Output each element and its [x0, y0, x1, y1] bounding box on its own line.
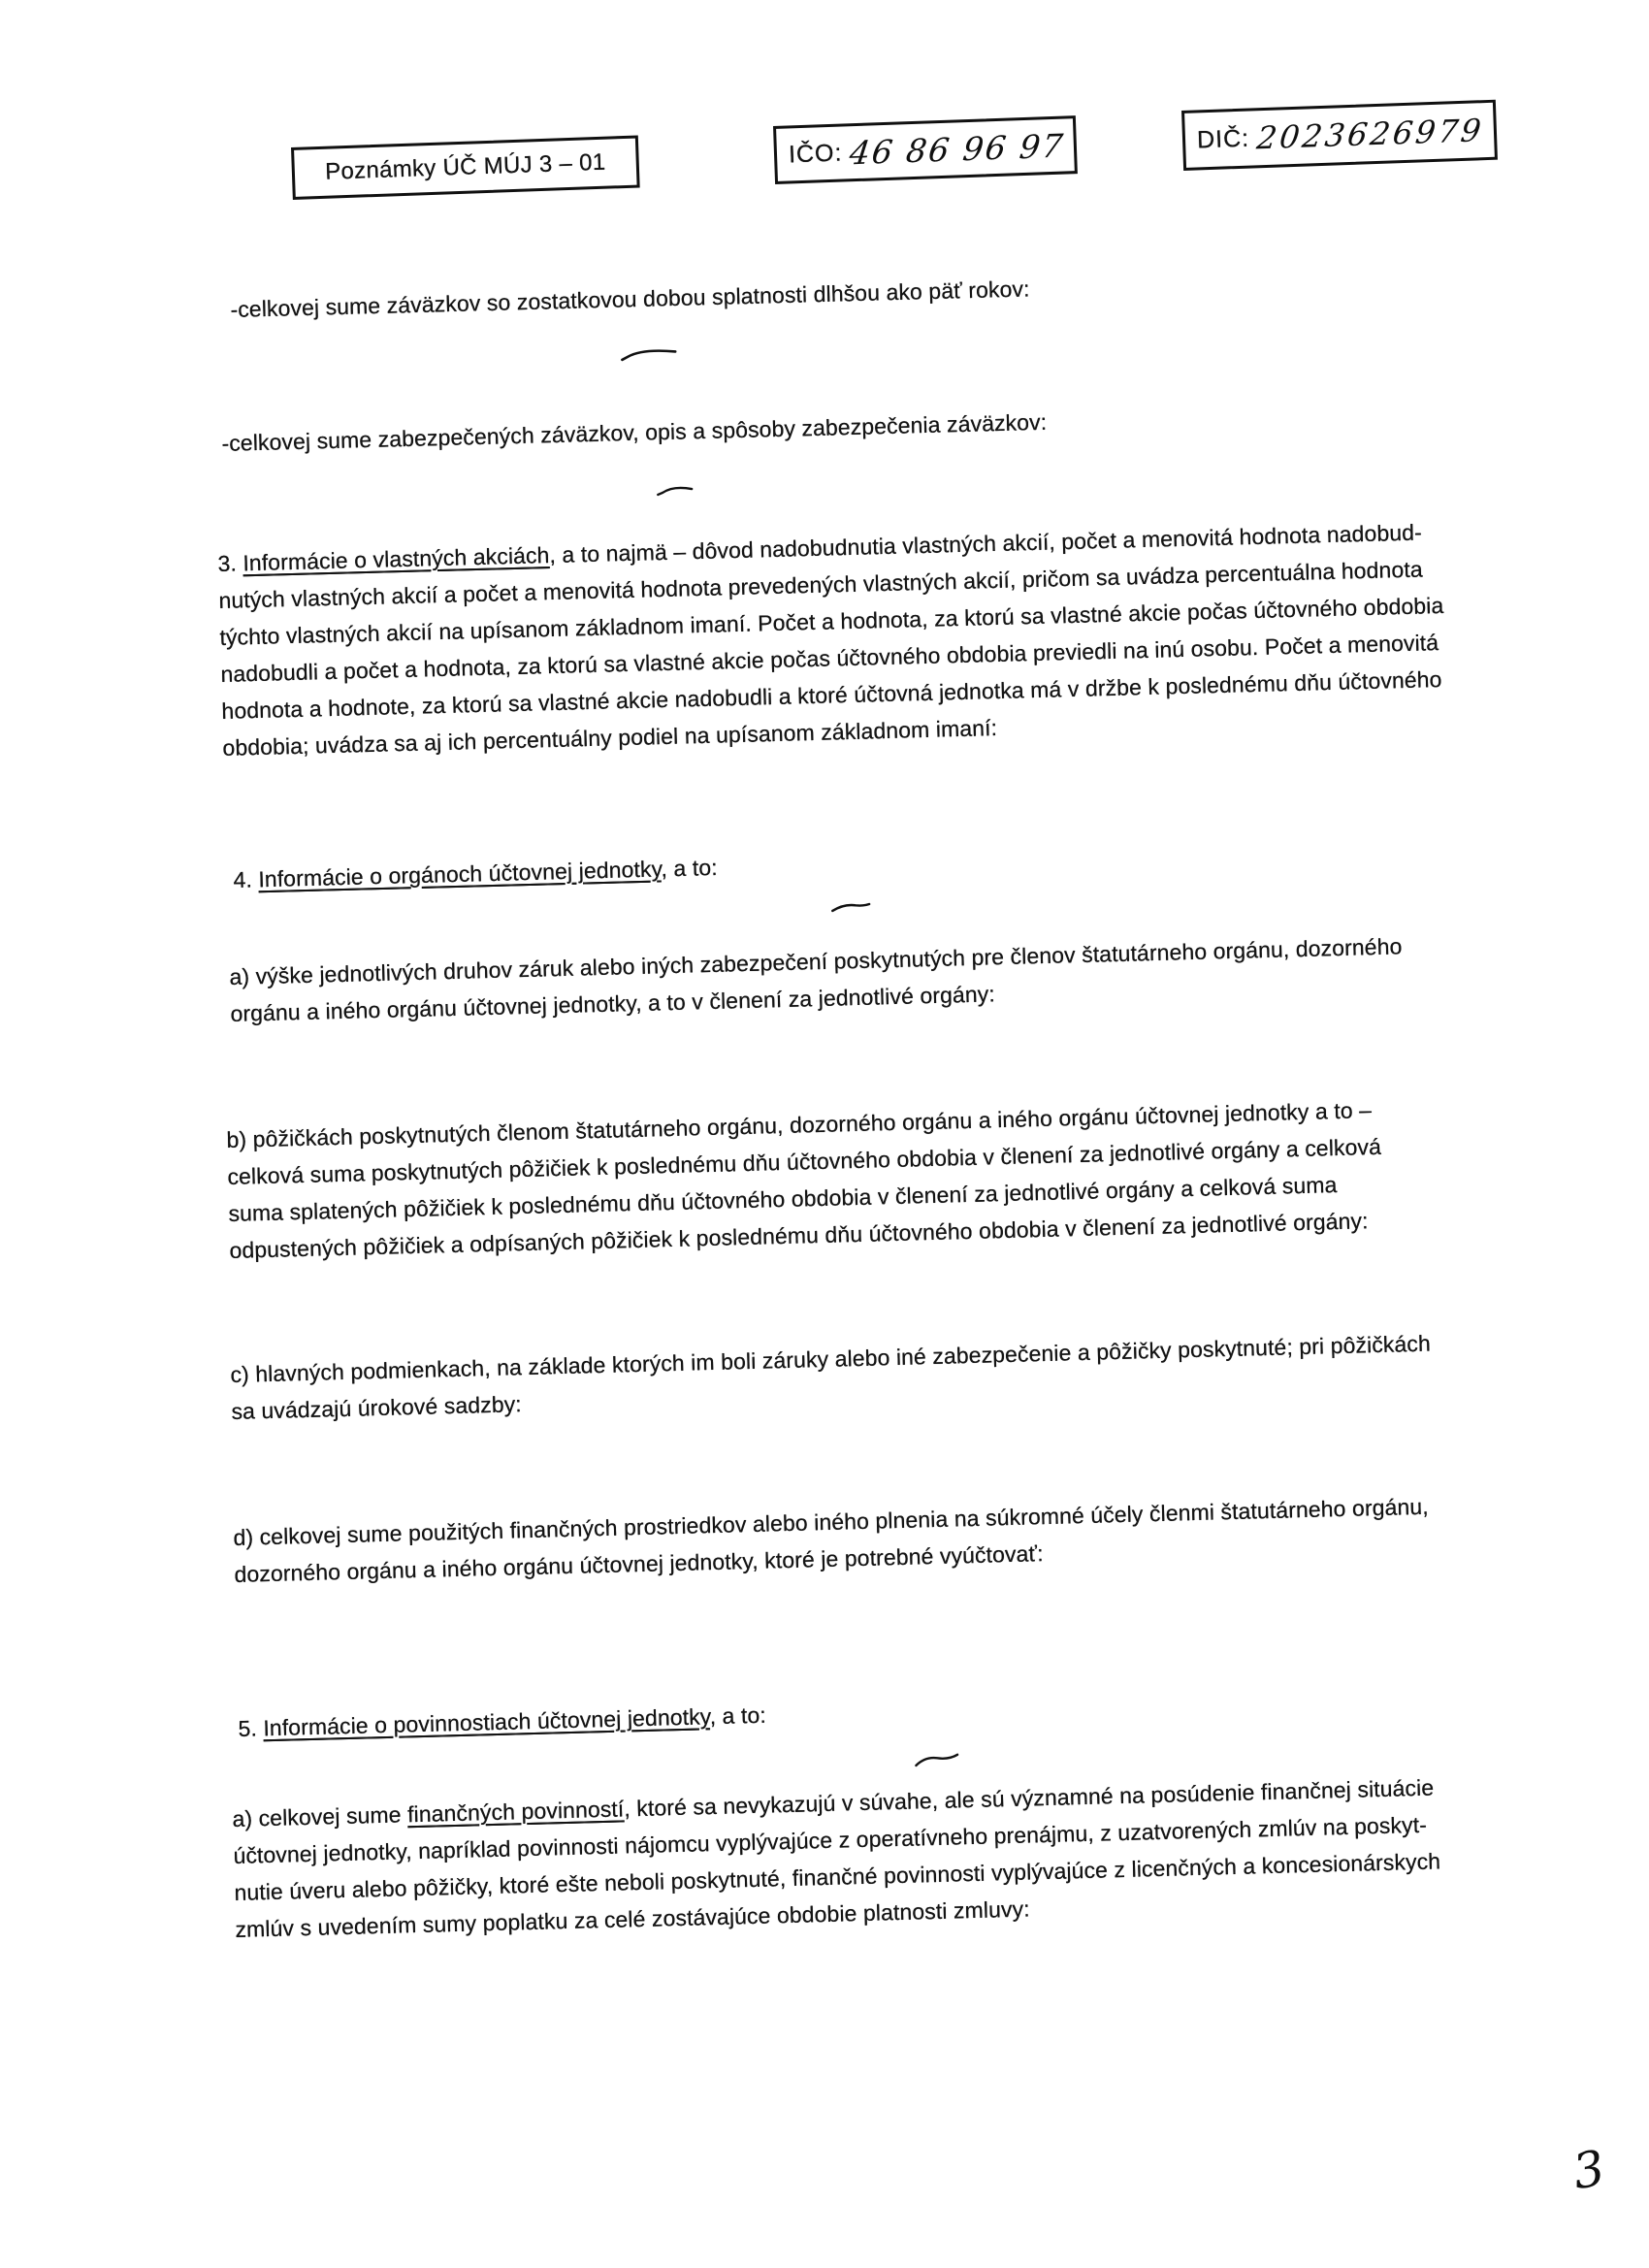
section5-title: Informácie o povinnostiach účtovnej jedn…: [263, 1703, 710, 1740]
section4-number: 4.: [233, 866, 259, 892]
section5-heading: 5. Informácie o povinnostiach účtovnej j…: [238, 1697, 766, 1747]
form-code-box: Poznámky ÚČ MÚJ 3 – 01: [291, 136, 640, 200]
bullet-liabilities-maturity: -celkovej sume záväzkov so zostatkovou d…: [230, 270, 1030, 328]
section4-heading-rest: , a to:: [661, 855, 718, 882]
section4-title: Informácie o orgánoch účtovnej jednotky: [258, 856, 662, 891]
section4-item-c: c) hlavných podmienkach, na základe ktor…: [230, 1325, 1432, 1430]
handwritten-dash-icon: [656, 482, 695, 499]
section4-item-a: a) výške jednotlivých druhov záruk alebo…: [229, 927, 1404, 1032]
section5-item-a: a) celkovej sume finančných povinností, …: [232, 1768, 1442, 1948]
section5-heading-rest: , a to:: [709, 1702, 766, 1730]
section4-heading: 4. Informácie o orgánoch účtovnej jednot…: [233, 849, 718, 898]
dic-box: DIČ: 2023626979: [1181, 100, 1498, 171]
scanned-document-page: Poznámky ÚČ MÚJ 3 – 01 IČO: 46 86 96 97 …: [0, 0, 1649, 2268]
section5-item-a-underlined: finančných povinností: [407, 1796, 625, 1827]
bullet-secured-liabilities: -celkovej sume zabezpečených záväzkov, o…: [221, 404, 1048, 462]
section4-item-d: d) celkovej sume použitých finančných pr…: [233, 1488, 1430, 1593]
ico-handwritten-value: 46 86 96 97: [848, 126, 1067, 172]
section3-number: 3.: [217, 550, 243, 576]
ico-label: IČO:: [789, 139, 843, 169]
section5-number: 5.: [238, 1715, 264, 1741]
handwritten-dash-icon: [619, 343, 680, 365]
handwritten-page-number: 3: [1568, 2140, 1608, 2201]
dic-label: DIČ:: [1197, 124, 1250, 154]
dic-handwritten-value: 2023626979: [1255, 112, 1486, 156]
section3-own-shares-paragraph: 3. Informácie o vlastných akciách, a to …: [217, 513, 1447, 766]
form-code-label: Poznámky ÚČ MÚJ 3 – 01: [325, 149, 606, 186]
section5-item-a-prefix: a) celkovej sume: [232, 1801, 407, 1831]
ico-box: IČO: 46 86 96 97: [773, 115, 1078, 184]
section4-item-b: b) pôžičkách poskytnutých členom štatutá…: [226, 1091, 1383, 1269]
handwritten-dash-icon: [914, 1751, 960, 1769]
handwritten-dash-icon: [830, 899, 871, 916]
section3-title: Informácie o vlastných akciách: [242, 542, 550, 575]
